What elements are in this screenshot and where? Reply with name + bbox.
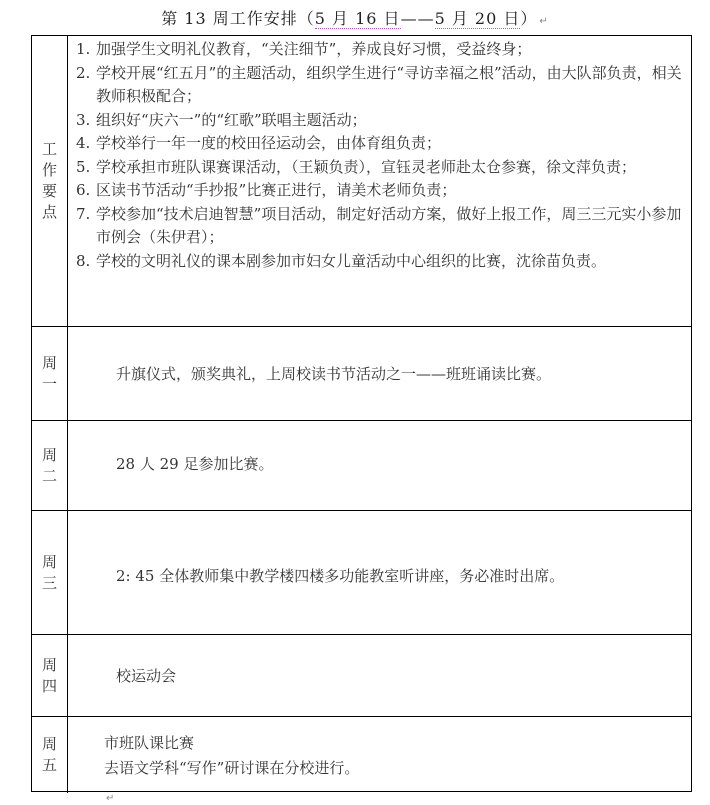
item-number: 1. (76, 38, 96, 62)
day-text: 校运动会 (116, 665, 176, 686)
title-suffix: ） (520, 9, 537, 28)
day-content-thursday: 校运动会 (68, 635, 691, 716)
label-char: 作 (42, 160, 57, 181)
day-text-line: 市班队课比赛 (104, 731, 359, 756)
item-text: 组织好“庆六一”的“红歌”联唱主题活动； (96, 109, 685, 133)
label-char: 点 (42, 202, 57, 223)
label-char: 周 (42, 734, 57, 755)
item-text: 学校承担市班队课赛课活动，（王颖负责），宣钰灵老师赴太仓参赛，徐文萍负责； (96, 156, 685, 180)
item-text: 学校举行一年一度的校田径运动会，由体育组负责； (96, 132, 685, 156)
title-prefix: 第 13 周工作安排（ (161, 9, 315, 28)
day-label-friday: 周 五 (32, 717, 68, 793)
item-text: 学校参加“技术启迪智慧”项目活动，制定好活动方案，做好上报工作，周三三元实小参加… (96, 203, 685, 250)
work-point-item: 6.区读书节活动“手抄报”比赛正进行，请美术老师负责； (76, 179, 685, 203)
day-content-wednesday: 2: 45 全体教师集中教学楼四楼多功能教室听讲座，务必准时出席。 (68, 511, 691, 634)
work-point-item: 7.学校参加“技术启迪智慧”项目活动，制定好活动方案，做好上报工作，周三三元实小… (76, 203, 685, 250)
label-char: 周 (42, 552, 57, 573)
item-number: 3. (76, 109, 96, 133)
paragraph-mark-icon: ↵ (539, 16, 548, 27)
schedule-table: 工 作 要 点 1.加强学生文明礼仪教育，“关注细节”，养成良好习惯，受益终身；… (31, 35, 692, 792)
day-text-line: 去语文学科“写作”研讨课在分校进行。 (104, 756, 359, 781)
item-text: 学校开展“红五月”的主题活动，组织学生进行“寻访幸福之根”活动，由大队部负责，相… (96, 62, 685, 109)
label-char: 三 (42, 573, 57, 594)
item-number: 8. (76, 250, 96, 274)
day-content-monday: 升旗仪式，颁奖典礼，上周校读书节活动之一——班班诵读比赛。 (68, 327, 691, 420)
item-number: 5. (76, 156, 96, 180)
title-date-start: 5 月 16 日 (315, 9, 401, 29)
work-point-item: 8.学校的文明礼仪的课本剧参加市妇女儿童活动中心组织的比赛，沈徐苗负责。 (76, 250, 685, 274)
work-point-item: 1.加强学生文明礼仪教育，“关注细节”，养成良好习惯，受益终身； (76, 38, 685, 62)
day-text: 升旗仪式，颁奖典礼，上周校读书节活动之一——班班诵读比赛。 (116, 363, 551, 384)
item-number: 4. (76, 132, 96, 156)
day-label-thursday: 周 四 (32, 635, 68, 716)
item-text: 区读书节活动“手抄报”比赛正进行，请美术老师负责； (96, 179, 685, 203)
day-row-wednesday: 周 三 2: 45 全体教师集中教学楼四楼多功能教室听讲座，务必准时出席。 (32, 511, 691, 635)
day-row-thursday: 周 四 校运动会 (32, 635, 691, 717)
day-row-friday: 周 五 市班队课比赛 去语文学科“写作”研讨课在分校进行。 (32, 717, 691, 793)
day-label-tuesday: 周 二 (32, 421, 68, 510)
label-char: 五 (42, 755, 57, 776)
day-label-monday: 周 一 (32, 327, 68, 420)
label-char: 一 (42, 374, 57, 395)
title-date-end: 5 月 20 日 (435, 9, 521, 29)
work-point-item: 5.学校承担市班队课赛课活动，（王颖负责），宣钰灵老师赴太仓参赛，徐文萍负责； (76, 156, 685, 180)
day-label-wednesday: 周 三 (32, 511, 68, 634)
work-points-list: 1.加强学生文明礼仪教育，“关注细节”，养成良好习惯，受益终身； 2.学校开展“… (68, 36, 691, 326)
day-text: 28 人 29 足参加比赛。 (116, 453, 273, 474)
day-row-monday: 周 一 升旗仪式，颁奖典礼，上周校读书节活动之一——班班诵读比赛。 (32, 327, 691, 421)
page-title: 第 13 周工作安排（5 月 16 日——5 月 20 日）↵ (0, 6, 710, 29)
work-point-item: 3.组织好“庆六一”的“红歌”联唱主题活动； (76, 109, 685, 133)
day-text: 2: 45 全体教师集中教学楼四楼多功能教室听讲座，务必准时出席。 (116, 565, 564, 586)
work-points-label: 工 作 要 点 (32, 36, 68, 326)
label-char: 周 (42, 445, 57, 466)
title-dash: —— (401, 9, 435, 28)
item-text: 加强学生文明礼仪教育，“关注细节”，养成良好习惯，受益终身； (96, 38, 685, 62)
work-point-item: 2.学校开展“红五月”的主题活动，组织学生进行“寻访幸福之根”活动，由大队部负责… (76, 62, 685, 109)
item-text: 学校的文明礼仪的课本剧参加市妇女儿童活动中心组织的比赛，沈徐苗负责。 (96, 250, 685, 274)
label-char: 周 (42, 353, 57, 374)
label-char: 工 (42, 139, 57, 160)
paragraph-mark-icon: ↵ (106, 793, 114, 804)
item-number: 7. (76, 203, 96, 250)
label-char: 要 (42, 181, 57, 202)
day-content-friday: 市班队课比赛 去语文学科“写作”研讨课在分校进行。 (68, 717, 691, 793)
item-number: 6. (76, 179, 96, 203)
day-text-line: 28 人 29 足参加比赛。 (116, 455, 273, 473)
work-points-row: 工 作 要 点 1.加强学生文明礼仪教育，“关注细节”，养成良好习惯，受益终身；… (32, 36, 691, 327)
label-char: 二 (42, 466, 57, 487)
item-number: 2. (76, 62, 96, 109)
day-text: 市班队课比赛 去语文学科“写作”研讨课在分校进行。 (104, 731, 359, 781)
label-char: 四 (42, 676, 57, 697)
work-point-item: 4.学校举行一年一度的校田径运动会，由体育组负责； (76, 132, 685, 156)
label-char: 周 (42, 655, 57, 676)
day-content-tuesday: 28 人 29 足参加比赛。 (68, 421, 691, 510)
day-row-tuesday: 周 二 28 人 29 足参加比赛。 (32, 421, 691, 511)
